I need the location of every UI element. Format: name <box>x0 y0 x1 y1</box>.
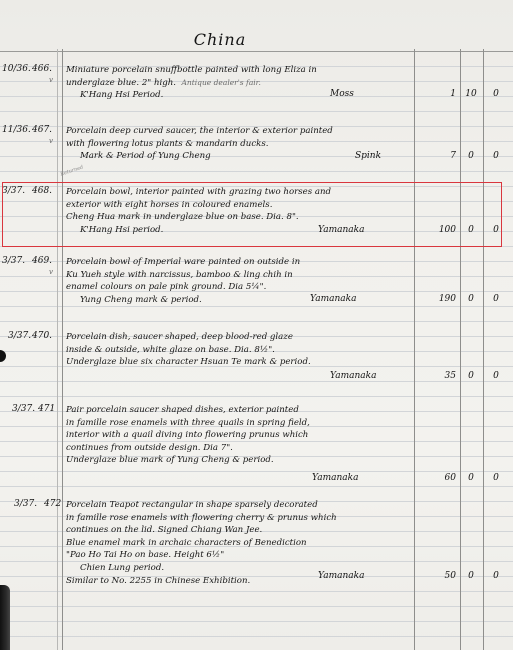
entry-date: 10/36. <box>2 64 31 74</box>
pence-column-line <box>483 49 484 650</box>
price-pounds: 1 <box>414 89 456 99</box>
price-shillings: 0 <box>460 151 482 161</box>
description-line: Porcelain dish, saucer shaped, deep bloo… <box>66 331 406 344</box>
description-text: underglaze blue. 2" high. <box>66 78 176 88</box>
entry-number: 472 <box>44 499 61 509</box>
price-pence: 0 <box>483 225 509 235</box>
check-mark: v <box>49 137 53 145</box>
price-pounds: 190 <box>414 294 456 304</box>
price-pounds: 7 <box>414 151 456 161</box>
check-mark: v <box>49 76 53 84</box>
description-line: Porcelain deep curved saucer, the interi… <box>66 125 406 138</box>
dealer-name: Yamanaka <box>312 473 359 483</box>
description-line: Underglaze blue mark of Yung Cheng & per… <box>66 454 406 467</box>
price-shillings: 0 <box>460 294 482 304</box>
description-line: with flowering lotus plants & mandarin d… <box>66 138 406 151</box>
description-line: Porcelain bowl, interior painted with gr… <box>66 186 406 199</box>
dealer-name: Yamanaka <box>330 371 377 381</box>
description-line: enamel colours on pale pink ground. Dia … <box>66 281 406 294</box>
ledger-page: China 10/36. 466. v Miniature porcelain … <box>0 0 513 650</box>
price-shillings: 10 <box>460 89 482 99</box>
entry-date: 3/37. <box>8 331 31 341</box>
description-line: in famille rose enamels with flowering c… <box>66 512 406 525</box>
price-shillings: 0 <box>460 571 482 581</box>
dealer-name: Spink <box>355 151 381 161</box>
dealer-name: Yamanaka <box>310 294 357 304</box>
description-line: Underglaze blue six character Hsuan Te m… <box>66 356 406 369</box>
entry-number: 467. <box>32 125 52 135</box>
price-pence: 0 <box>483 473 509 483</box>
entry-description: Pair porcelain saucer shaped dishes, ext… <box>66 404 406 467</box>
entry-date: 3/37. <box>12 404 35 414</box>
description-line: underglaze blue. 2" high. Antique dealer… <box>66 77 406 90</box>
entry-date: 3/37. <box>2 186 25 196</box>
description-line: continues on the lid. Signed Chiang Wan … <box>66 524 406 537</box>
entry-number: 466. <box>32 64 52 74</box>
margin-line <box>57 49 58 650</box>
price-shillings: 0 <box>460 225 482 235</box>
entry-date: 3/37. <box>14 499 37 509</box>
description-line: Pair porcelain saucer shaped dishes, ext… <box>66 404 406 417</box>
description-line: interior with a quail diving into flower… <box>66 429 406 442</box>
description-column-line <box>62 49 63 650</box>
description-line: Ku Yueh style with narcissus, bamboo & l… <box>66 269 406 282</box>
entry-number: 470. <box>32 331 52 341</box>
description-line: Porcelain Teapot rectangular in shape sp… <box>66 499 406 512</box>
dealer-name: Moss <box>330 89 354 99</box>
dealer-name: Yamanaka <box>318 571 365 581</box>
entry-description: Miniature porcelain snuffbottle painted … <box>66 64 406 102</box>
price-pence: 0 <box>483 89 509 99</box>
entry-number: 471 <box>38 404 55 414</box>
description-line: exterior with eight horses in coloured e… <box>66 199 406 212</box>
entry-date: 11/36. <box>2 125 31 135</box>
description-line: Cheng Hua mark in underglaze blue on bas… <box>66 211 406 224</box>
shillings-column-line <box>460 49 461 650</box>
page-title: China <box>180 30 260 49</box>
price-pounds: 60 <box>414 473 456 483</box>
price-pence: 0 <box>483 571 509 581</box>
period-line: K'Hang Hsi Period. <box>66 89 406 102</box>
check-mark: v <box>49 268 53 276</box>
entry-note: Antique dealer's fair. <box>182 78 261 87</box>
price-pence: 0 <box>483 371 509 381</box>
pounds-column-line <box>414 49 415 650</box>
description-line: in famille rose enamels with three quail… <box>66 417 406 430</box>
price-pounds: 50 <box>414 571 456 581</box>
entry-description: Porcelain dish, saucer shaped, deep bloo… <box>66 331 406 369</box>
price-shillings: 0 <box>460 371 482 381</box>
description-line: Porcelain bowl of Imperial ware painted … <box>66 256 406 269</box>
entry-number: 468. <box>32 186 52 196</box>
dealer-name: Yamanaka <box>318 225 365 235</box>
description-line: inside & outside, white glaze on base. D… <box>66 344 406 357</box>
entry-number: 469. <box>32 256 52 266</box>
description-line: continues from outside design. Dia 7". <box>66 442 406 455</box>
binding-clip <box>0 585 10 650</box>
header-rule <box>0 51 513 52</box>
price-pounds: 35 <box>414 371 456 381</box>
price-pounds: 100 <box>414 225 456 235</box>
price-pence: 0 <box>483 151 509 161</box>
description-line: Miniature porcelain snuffbottle painted … <box>66 64 406 77</box>
entry-date: 3/37. <box>2 256 25 266</box>
price-pence: 0 <box>483 294 509 304</box>
price-shillings: 0 <box>460 473 482 483</box>
description-line: Blue enamel mark in archaic characters o… <box>66 537 406 550</box>
description-line: "Pao Ho Tai Ho on base. Height 6½" <box>66 549 406 562</box>
